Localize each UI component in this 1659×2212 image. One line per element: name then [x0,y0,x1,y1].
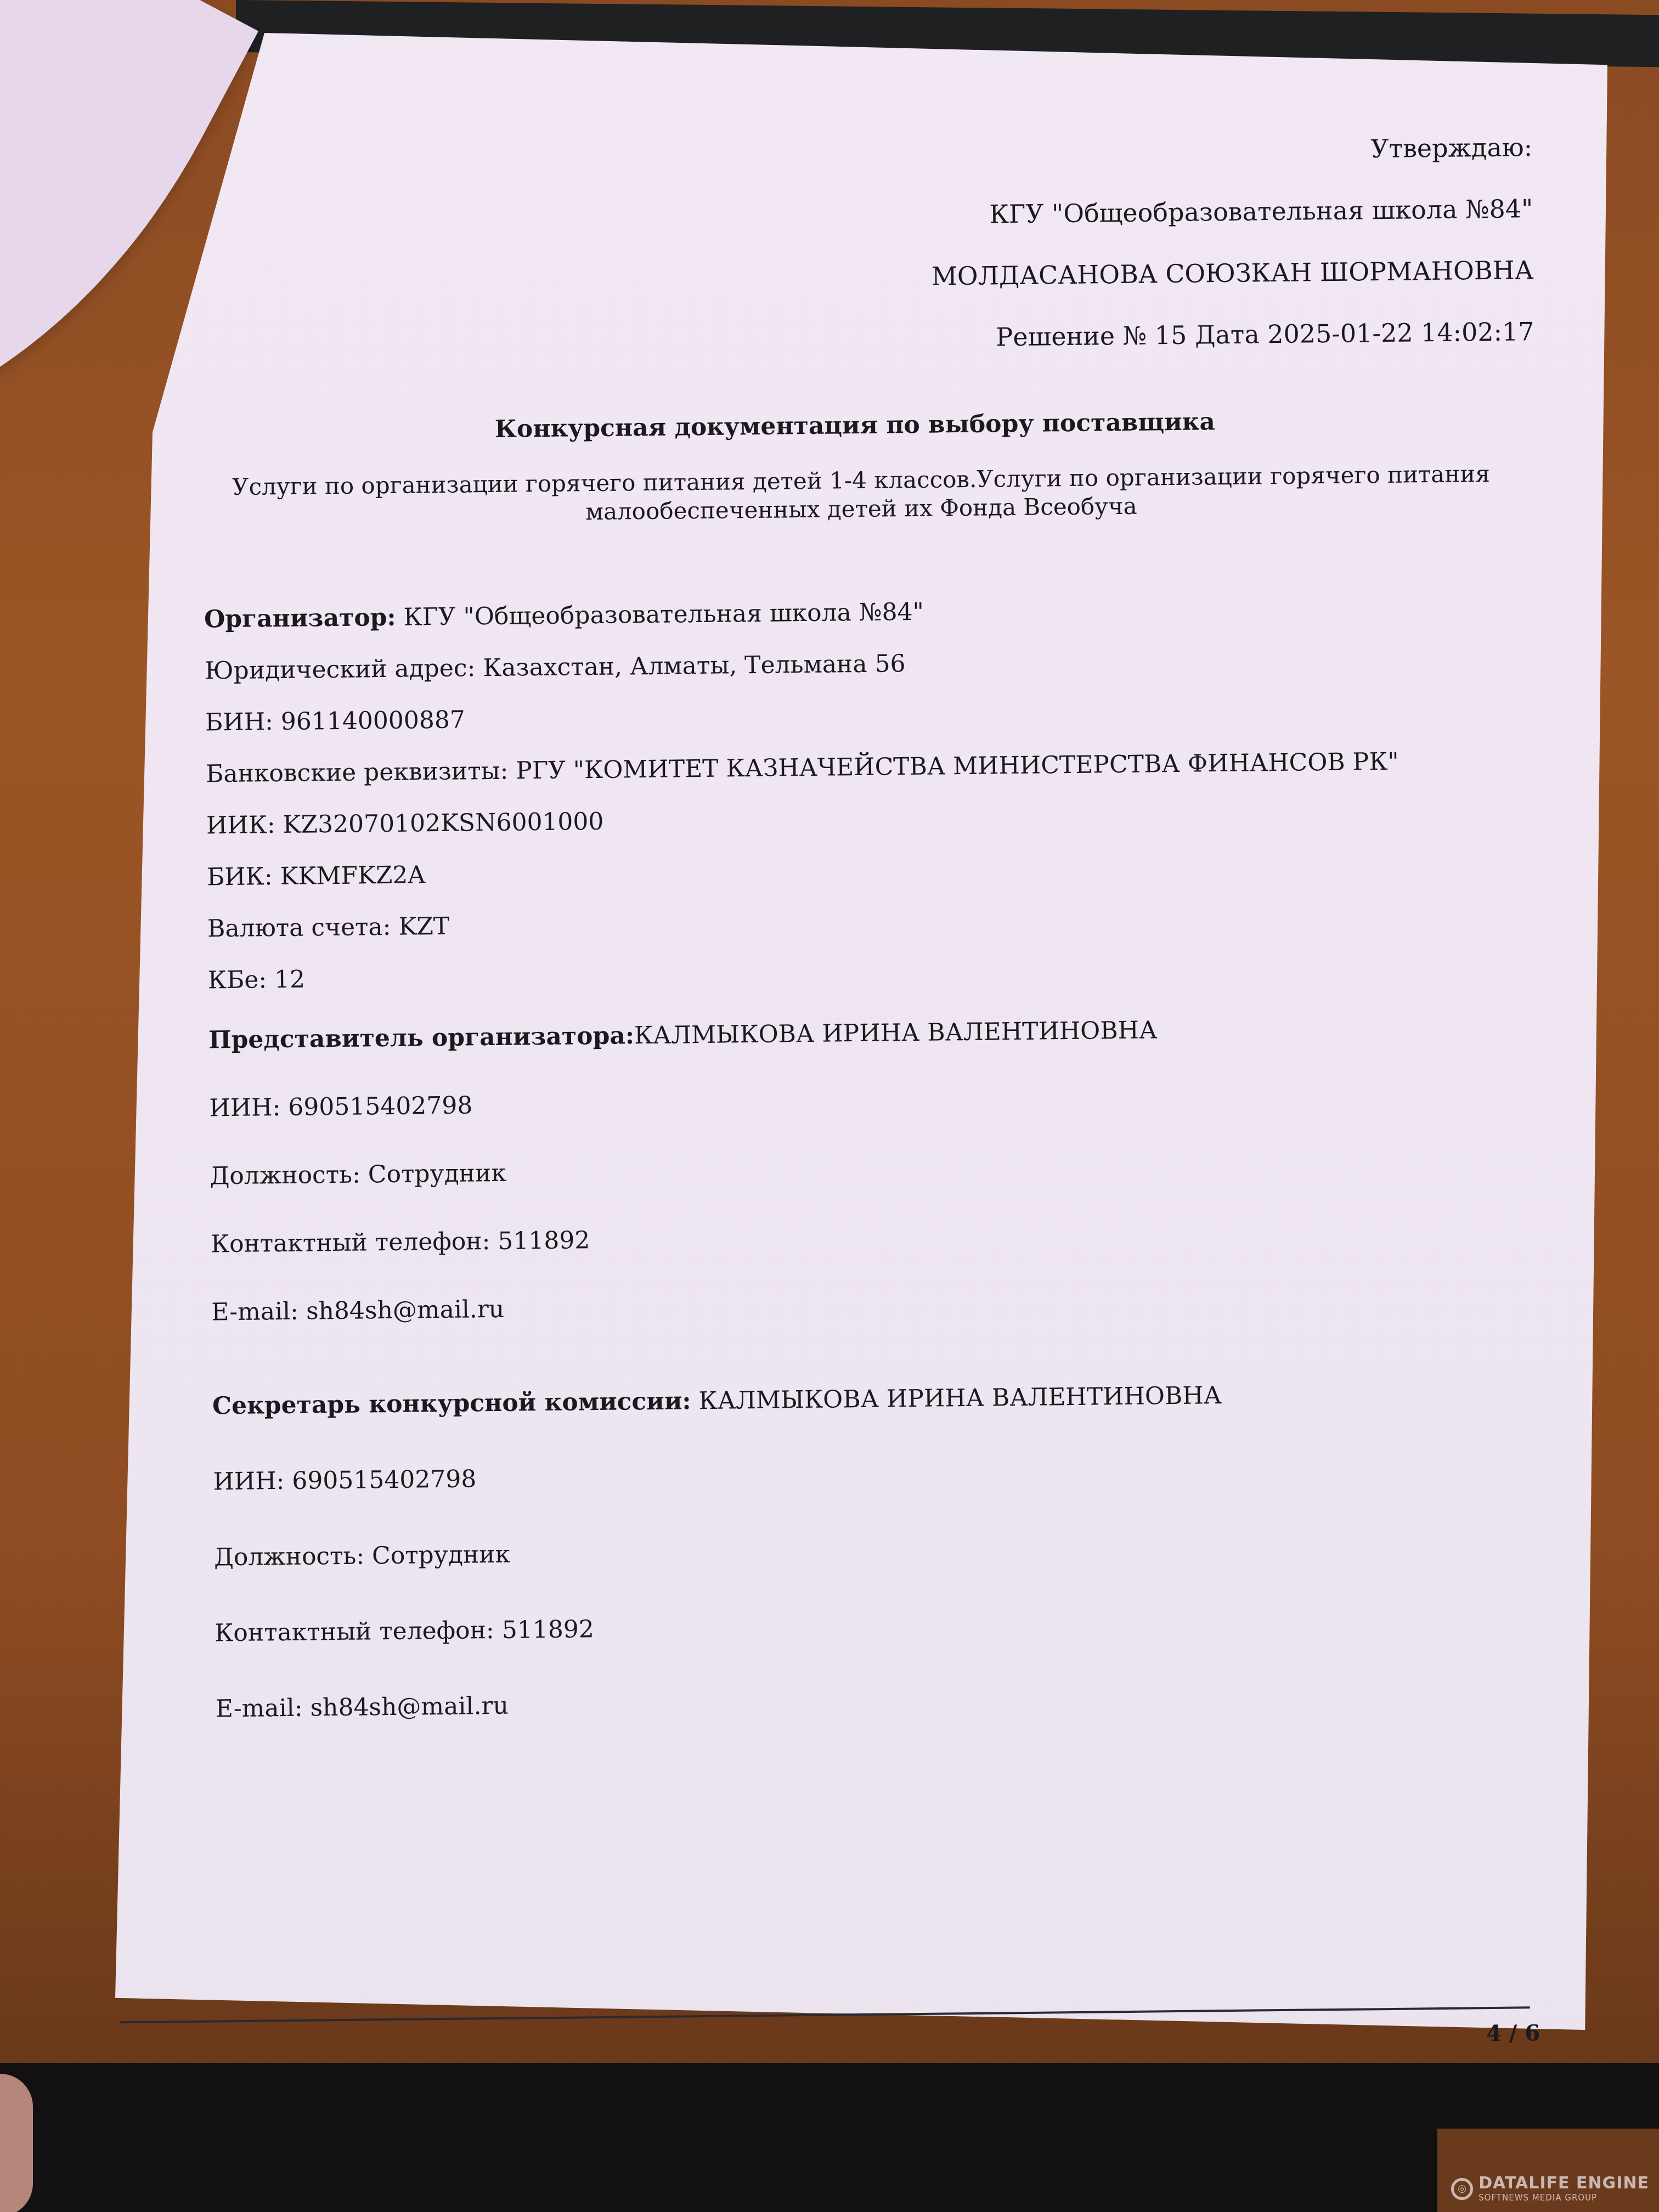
representative-line: Представитель организатора:КАЛМЫКОВА ИРИ… [208,994,1402,1075]
approval-organization: КГУ "Общеобразовательная школа №84" [930,178,1533,245]
representative-label: Представитель организатора: [208,1022,635,1054]
secretary-iin: ИИН: 690515402798 [213,1432,1407,1520]
approver-name: МОЛДАСАНОВА СОЮЗКАН ШОРМАНОВНА [931,239,1534,307]
organizer-label: Организатор: [204,603,396,634]
watermark: ◎ DATALIFE ENGINE SOFTNEWS MEDIA GROUP [1451,2175,1649,2202]
watermark-main: DATALIFE ENGINE [1479,2175,1649,2192]
organizer-value: КГУ "Общеобразовательная школа №84" [396,598,924,631]
representative-position: Должность: Сотрудник [210,1130,1403,1211]
secretary-position: Должность: Сотрудник [213,1508,1407,1596]
secretary-line: Секретарь конкурсной комиссии: КАЛМЫКОВА… [212,1356,1406,1444]
document-page: Утверждаю: КГУ "Общеобразовательная школ… [105,25,1618,2038]
secretary-email: E-mail: sh84sh@mail.ru [215,1659,1409,1747]
page-number: 4 / 6 [1486,2020,1541,2046]
secretary-name: КАЛМЫКОВА ИРИНА ВАЛЕНТИНОВНА [691,1381,1222,1415]
details-section: Организатор: КГУ "Общеобразовательная шк… [204,582,1409,1747]
dark-background [0,2063,1659,2212]
datalife-logo-icon: ◎ [1451,2178,1473,2200]
watermark-text: DATALIFE ENGINE SOFTNEWS MEDIA GROUP [1479,2175,1649,2202]
approval-block: Утверждаю: КГУ "Общеобразовательная школ… [930,116,1535,368]
document-subtitle: Услуги по организации горячего питания д… [219,460,1503,530]
watermark-sub: SOFTNEWS MEDIA GROUP [1479,2194,1649,2202]
footer-divider [120,2006,1530,2023]
decision-line: Решение № 15 Дата 2025-01-22 14:02:17 [932,301,1534,368]
representative-name: КАЛМЫКОВА ИРИНА ВАЛЕНТИНОВНА [634,1016,1158,1049]
representative-iin: ИИН: 690515402798 [209,1062,1403,1143]
representative-email: E-mail: sh84sh@mail.ru [211,1266,1405,1347]
approval-heading: Утверждаю: [930,116,1533,184]
representative-phone: Контактный телефон: 511892 [210,1198,1404,1279]
finger [0,2074,33,2212]
secretary-label: Секретарь конкурсной комиссии: [212,1387,691,1420]
document-title: Конкурсная документация по выбору постав… [109,404,1601,447]
secretary-phone: Контактный телефон: 511892 [215,1583,1408,1672]
